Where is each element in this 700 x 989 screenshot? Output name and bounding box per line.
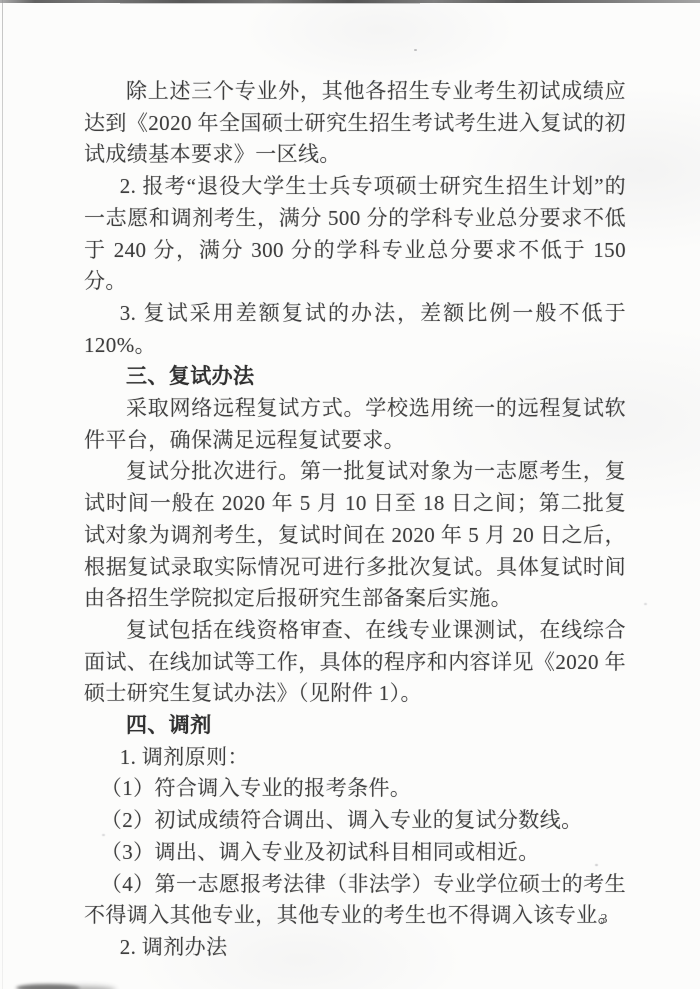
paragraph: （3）调出、调入专业及初试科目相同或相近。 [84, 837, 626, 869]
paragraph: 1. 调剂原则： [84, 742, 626, 774]
section-heading: 四、调剂 [84, 710, 626, 742]
scan-edge-artifact-left [2, 0, 3, 989]
page-number: 3 [594, 912, 614, 928]
scanned-document-page: 除上述三个专业外，其他各招生专业考生初试成绩应达到《2020 年全国硕士研究生招… [0, 0, 700, 989]
paragraph: 3. 复试采用差额复试的办法，差额比例一般不低于 120%。 [84, 298, 626, 361]
paragraph: 复试分批次进行。第一批复试对象为一志愿考生，复试时间一般在 2020 年 5 月… [84, 456, 626, 615]
paragraph: （4）第一志愿报考法律（非法学）专业学位硕士的考生不得调入其他专业，其他专业的考… [84, 869, 626, 932]
paragraph: 2. 报考“退役大学生士兵专项硕士研究生招生计划”的一志愿和调剂考生，满分 50… [84, 171, 626, 298]
paragraph: 复试包括在线资格审查、在线专业课测试，在线综合面试、在线加试等工作，具体的程序和… [84, 615, 626, 710]
section-heading: 三、复试办法 [84, 361, 626, 393]
scan-edge-artifact-top [0, 0, 700, 3]
paragraph: 2. 调剂办法 [84, 932, 626, 964]
paragraph: （2）初试成绩符合调出、调入专业的复试分数线。 [84, 805, 626, 837]
document-body: 除上述三个专业外，其他各招生专业考生初试成绩应达到《2020 年全国硕士研究生招… [84, 76, 626, 964]
paragraph: （1）符合调入专业的报考条件。 [84, 773, 626, 805]
scan-noise-specks [414, 49, 417, 51]
paragraph: 除上述三个专业外，其他各招生专业考生初试成绩应达到《2020 年全国硕士研究生招… [84, 76, 626, 171]
paragraph: 采取网络远程复试方式。学校选用统一的远程复试软件平台，确保满足远程复试要求。 [84, 393, 626, 456]
scan-smudge-bottom-left [16, 984, 80, 989]
